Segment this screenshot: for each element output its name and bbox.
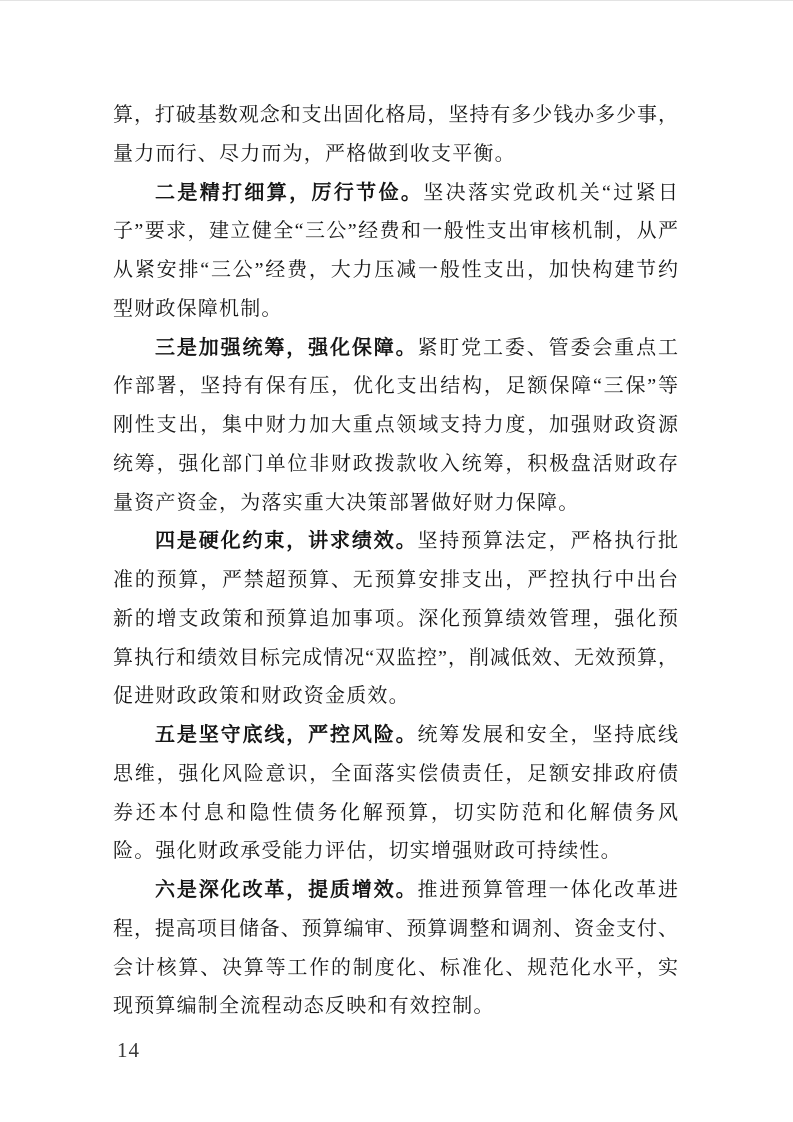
document-line: 程，提高项目储备、预算编审、预算调整和调剂、资金支付、	[113, 910, 678, 949]
paragraph-lead: 二是精打细算，厉行节俭。	[155, 182, 423, 204]
document-line: 思维，强化风险意识，全面落实偿债责任，足额安排政府债	[113, 755, 678, 794]
document-line: 现预算编制全流程动态反映和有效控制。	[113, 987, 678, 1026]
paragraph-lead: 五是坚守底线，严控风险。	[155, 724, 417, 746]
paragraph-lead: 四是硬化约束，讲求绩效。	[155, 530, 417, 552]
document-line: 量资产资金，为落实重大决策部署做好财力保障。	[113, 484, 678, 523]
document-line: 作部署，坚持有保有压，优化支出结构，足额保障“三保”等	[113, 367, 678, 406]
document-line: 五是坚守底线，严控风险。统筹发展和安全，坚持底线	[113, 716, 678, 755]
paragraph-lead: 六是深化改革，提质增效。	[155, 879, 417, 901]
document-line: 算，打破基数观念和支出固化格局，坚持有多少钱办多少事，	[113, 96, 678, 135]
page-number: 14	[117, 1036, 140, 1064]
document-line: 从紧安排“三公”经费，大力压减一般性支出，加快构建节约	[113, 251, 678, 290]
document-line: 准的预算，严禁超预算、无预算安排支出，严控执行中出台	[113, 561, 678, 600]
document-line: 子”要求，建立健全“三公”经费和一般性支出审核机制，从严	[113, 212, 678, 251]
document-line: 促进财政政策和财政资金质效。	[113, 677, 678, 716]
document-line: 统筹，强化部门单位非财政拨款收入统筹，积极盘活财政存	[113, 445, 678, 484]
document-line: 四是硬化约束，讲求绩效。坚持预算法定，严格执行批	[113, 522, 678, 561]
document-line: 券还本付息和隐性债务化解预算，切实防范和化解债务风	[113, 794, 678, 833]
document-line: 型财政保障机制。	[113, 290, 678, 329]
document-page: 算，打破基数观念和支出固化格局，坚持有多少钱办多少事，量力而行、尽力而为，严格做…	[0, 0, 793, 1122]
document-line: 算执行和绩效目标完成情况“双监控”，削减低效、无效预算，	[113, 639, 678, 678]
document-line: 二是精打细算，厉行节俭。坚决落实党政机关“过紧日	[113, 174, 678, 213]
document-line: 量力而行、尽力而为，严格做到收支平衡。	[113, 135, 678, 174]
document-line: 刚性支出，集中财力加大重点领域支持力度，加强财政资源	[113, 406, 678, 445]
text-block: 算，打破基数观念和支出固化格局，坚持有多少钱办多少事，量力而行、尽力而为，严格做…	[113, 96, 678, 1026]
document-line: 六是深化改革，提质增效。推进预算管理一体化改革进	[113, 871, 678, 910]
document-line: 险。强化财政承受能力评估，切实增强财政可持续性。	[113, 832, 678, 871]
document-line: 三是加强统筹，强化保障。紧盯党工委、管委会重点工	[113, 329, 678, 368]
scan-edge-line	[0, 0, 793, 1]
paragraph-lead: 三是加强统筹，强化保障。	[155, 337, 417, 359]
document-line: 会计核算、决算等工作的制度化、标准化、规范化水平，实	[113, 949, 678, 988]
document-line: 新的增支政策和预算追加事项。深化预算绩效管理，强化预	[113, 600, 678, 639]
